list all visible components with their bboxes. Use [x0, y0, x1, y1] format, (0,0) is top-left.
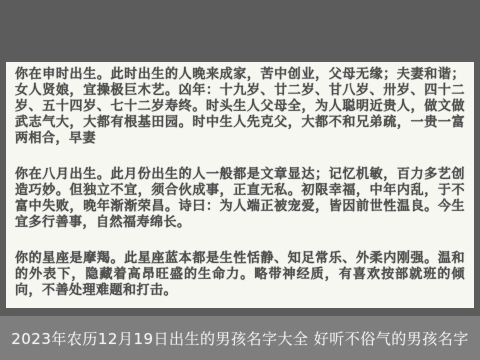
screenshot-stage: 你在申时出生。此时出生的人晚来成家，苦中创业，父母无缘；夫妻和谐；女人贤娘，宜操…: [0, 0, 480, 360]
fortune-paragraph-zodiac: 你的星座是摩羯。此星座蓝本都是生性恬静、知足常乐、外柔内刚强。温和的外表下，隐藏…: [15, 251, 465, 299]
fortune-text-panel: 你在申时出生。此时出生的人晚来成家，苦中创业，父母无缘；夫妻和谐；女人贤娘，宜操…: [6, 62, 474, 308]
fortune-paragraph-birth-month: 你在八月出生。此月份出生的人一般都是文章显达；记忆机敏，百力多艺创造巧妙。但独立…: [15, 167, 465, 231]
caption-bar: 2023年农历12月19日出生的男孩名字大全 好听不俗气的男孩名字: [0, 316, 480, 360]
caption-title: 2023年农历12月19日出生的男孩名字大全 好听不俗气的男孩名字: [11, 328, 469, 349]
fortune-paragraph-birth-hour: 你在申时出生。此时出生的人晚来成家，苦中创业，父母无缘；夫妻和谐；女人贤娘，宜操…: [15, 67, 465, 147]
